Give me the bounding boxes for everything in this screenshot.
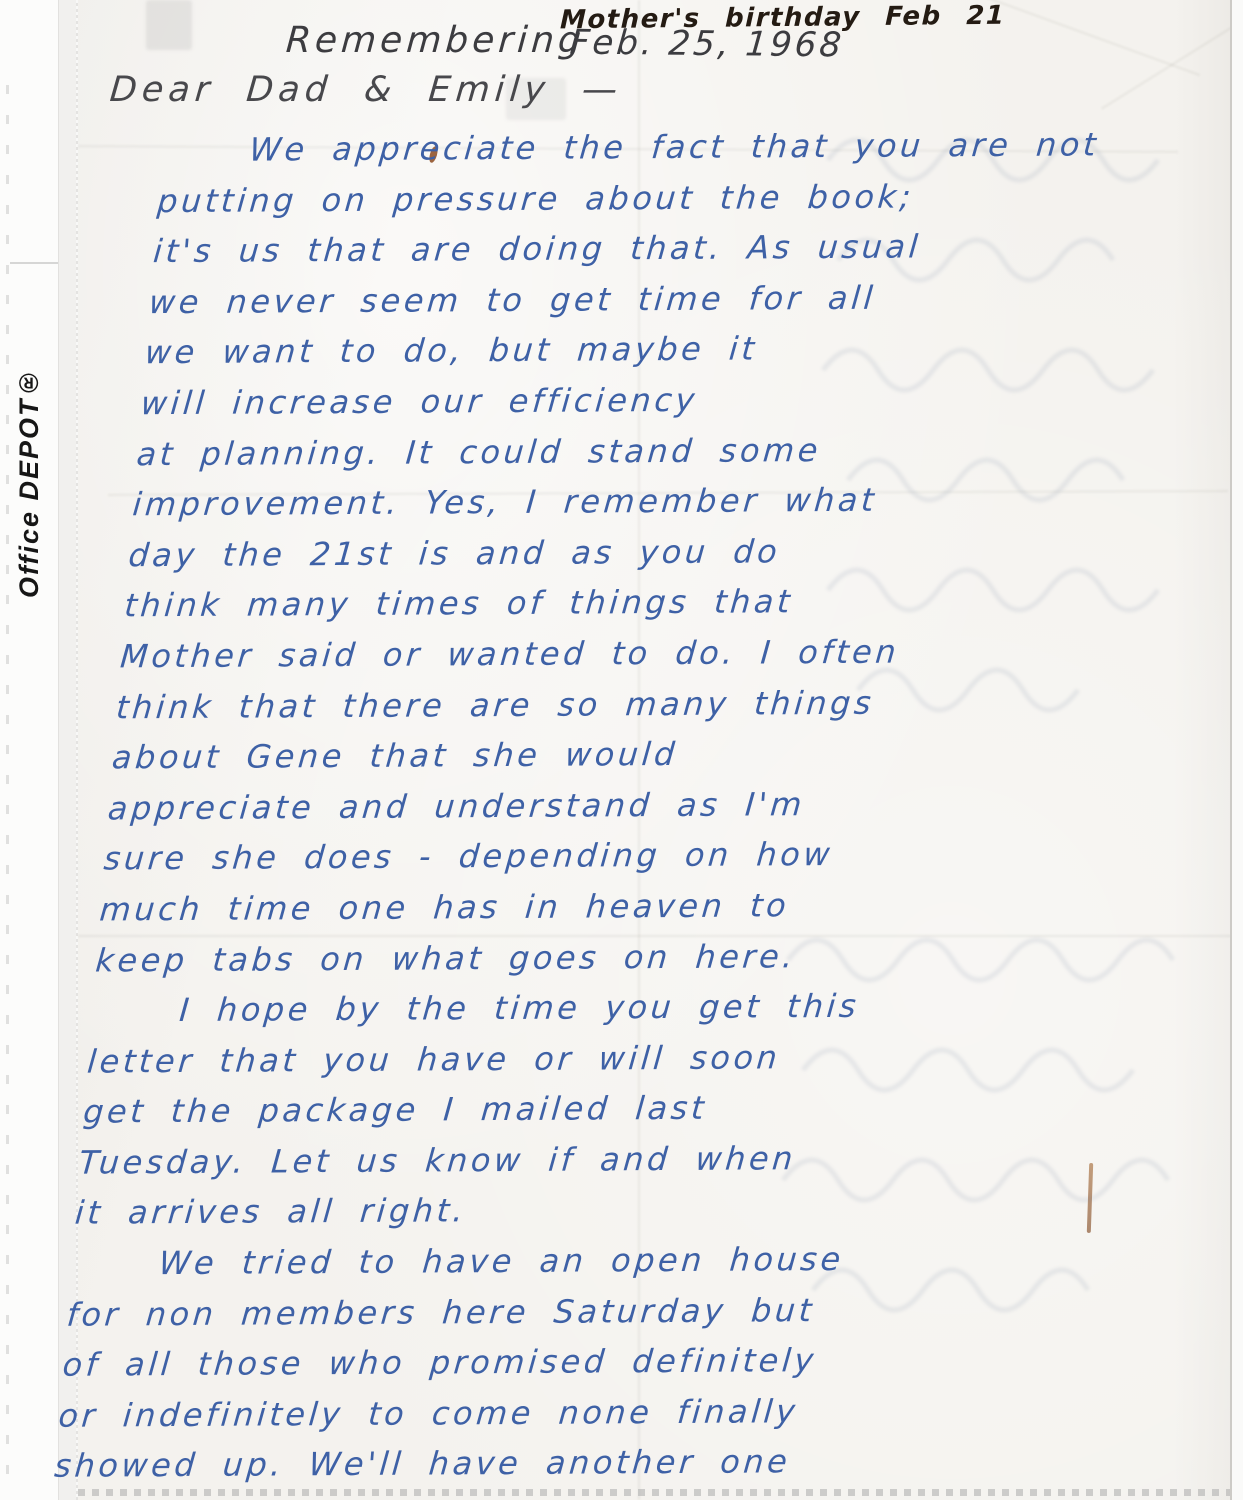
sheet-protector-bottom-seam xyxy=(78,1489,1243,1496)
letter-date: Feb. 25, 1968 xyxy=(568,23,845,66)
letter-line: much time one has in heaven to xyxy=(98,878,1227,935)
binder-edge-perforation xyxy=(6,85,9,1475)
letter-line: get the package I mailed last xyxy=(81,1080,1210,1137)
letter-line: at planning. It could stand some xyxy=(135,422,1243,479)
letter-line: we never seem to get time for all xyxy=(147,270,1243,327)
letter-line: improvement. Yes, I remember what xyxy=(131,473,1243,530)
letter-line: it arrives all right. xyxy=(73,1181,1202,1238)
letter-line: We appreciate the fact that you are not xyxy=(159,118,1243,175)
letter-line: we want to do, but maybe it xyxy=(143,321,1243,378)
letter-line: appreciate and understand as I'm xyxy=(106,776,1235,833)
letter-line: sure she does - depending on how xyxy=(102,827,1231,884)
letter-line: about Gene that she would xyxy=(110,726,1239,783)
letter-line: day the 21st is and as you do xyxy=(127,523,1243,580)
letter-line: I hope by the time you get this xyxy=(89,979,1218,1036)
letter-line: it's us that are doing that. As usual xyxy=(151,219,1243,276)
letter-line: of all those who promised definitely xyxy=(61,1333,1190,1390)
office-depot-logo: Office DEPOT® xyxy=(14,366,45,598)
scan-right-edge xyxy=(1230,0,1243,1500)
letter-body: We appreciate the fact that you are not … xyxy=(52,118,1243,1492)
letter-line: for non members here Saturday but xyxy=(65,1282,1194,1339)
letter-line: keep tabs on what goes on here. xyxy=(94,928,1223,985)
letter-line: showed up. We'll have another one xyxy=(52,1434,1181,1491)
letter-line: letter that you have or will soon xyxy=(85,1029,1214,1086)
greeting-line: Dear Dad & Emily — xyxy=(108,70,624,110)
letter-line: Tuesday. Let us know if and when xyxy=(77,1131,1206,1188)
letter-line: think that there are so many things xyxy=(114,675,1243,732)
letter-line: will increase our efficiency xyxy=(139,371,1243,428)
letter-line: putting on pressure about the book; xyxy=(155,169,1243,226)
fold-crease xyxy=(1101,12,1243,109)
letter-line: Mother said or wanted to do. I often xyxy=(118,624,1243,681)
remembering-title: Remembering xyxy=(285,20,587,61)
letter-line: or indefinitely to come none finally xyxy=(57,1384,1186,1441)
scanned-letter-page: { "sleeve": { "brand": "Office DEPOT®" }… xyxy=(0,0,1243,1500)
tape-residue xyxy=(146,0,192,50)
letter-line: think many times of things that xyxy=(122,574,1243,631)
letter-line: We tried to have an open house xyxy=(69,1232,1198,1289)
letter-paper: Mother's birthday Feb 21 Remembering Feb… xyxy=(78,0,1243,1500)
